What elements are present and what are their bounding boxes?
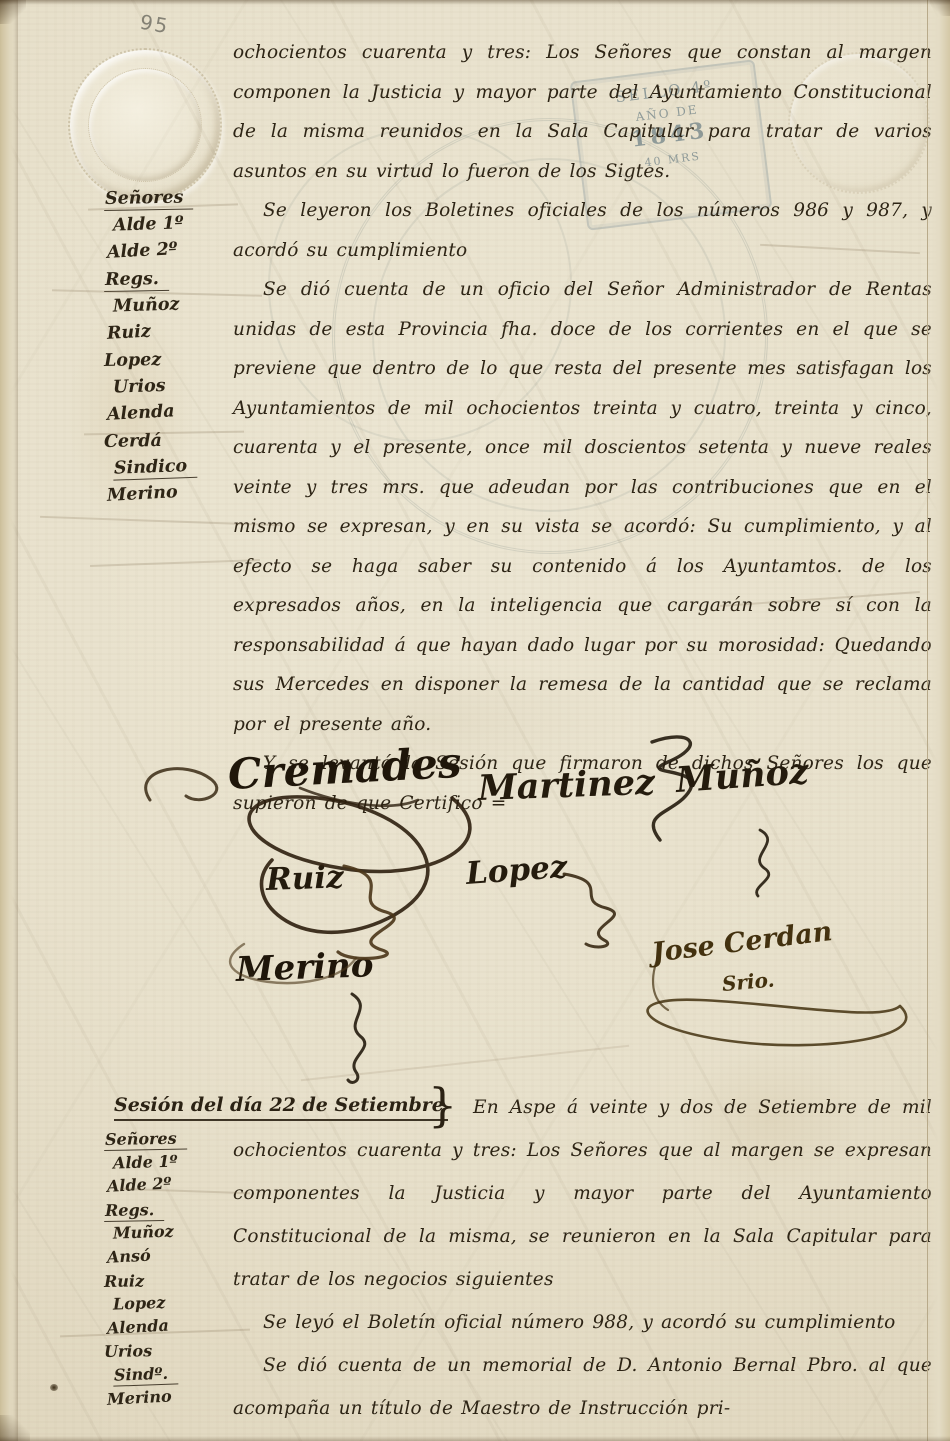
binding-gutter-edge: [0, 0, 18, 1441]
margin-name: Alenda: [103, 395, 236, 429]
signature-merino: Merino: [235, 945, 374, 990]
signature-secretary-title: Srio.: [721, 967, 775, 995]
signature-lopez: Lopez: [465, 849, 569, 892]
margin-attendees-list-session2: Señores Alde 1º Alde 2º Regs. Muñoz Ansó…: [104, 1128, 236, 1411]
ink-blot: [50, 1384, 58, 1391]
margin-role: Alde 2º: [103, 233, 236, 267]
page-bottom-edge: [0, 1436, 950, 1441]
pencil-folio-note: 95: [138, 10, 171, 39]
page-top-edge: [0, 0, 950, 5]
margin-name: Merino: [103, 476, 236, 510]
session2-paragraph: Se leyó el Boletín oficial número 988, y…: [233, 1301, 932, 1344]
margin-name: Ruiz: [103, 314, 236, 348]
embossed-seal-icon: [68, 48, 222, 202]
page-corner-shadow: [0, 1415, 30, 1441]
margin-attendees-list-session1: Señores Alde 1º Alde 2º Regs. Muñoz Ruiz…: [104, 186, 236, 510]
manuscript-page: SELLO 4º AÑO DE 1843 40 MRS 95 Señores A…: [0, 0, 950, 1441]
page-right-edge: [927, 0, 950, 1441]
page-corner-shadow: [0, 0, 26, 24]
session1-paragraph: Se dió cuenta de un oficio del Señor Adm…: [233, 270, 932, 744]
signature-secretary: Jose Cerdan: [650, 916, 834, 969]
session2-paragraph: En Aspe á veinte y dos de Setiembre de m…: [233, 1086, 932, 1301]
session1-paragraph: ochocientos cuarenta y tres: Los Señores…: [233, 33, 932, 191]
session1-paragraph: Se leyeron los Boletines oficiales de lo…: [233, 191, 932, 270]
page-corner-shadow: [930, 0, 950, 16]
session1-body-text: ochocientos cuarenta y tres: Los Señores…: [233, 33, 932, 823]
session2-paragraph: Se dió cuenta de un memorial de D. Anton…: [233, 1344, 932, 1430]
session2-body-text: En Aspe á veinte y dos de Setiembre de m…: [233, 1086, 932, 1430]
signature-ruiz: Ruiz: [265, 859, 344, 898]
signature-martinez: Martinez: [477, 762, 655, 809]
bleed-stroke: [301, 1045, 629, 1081]
